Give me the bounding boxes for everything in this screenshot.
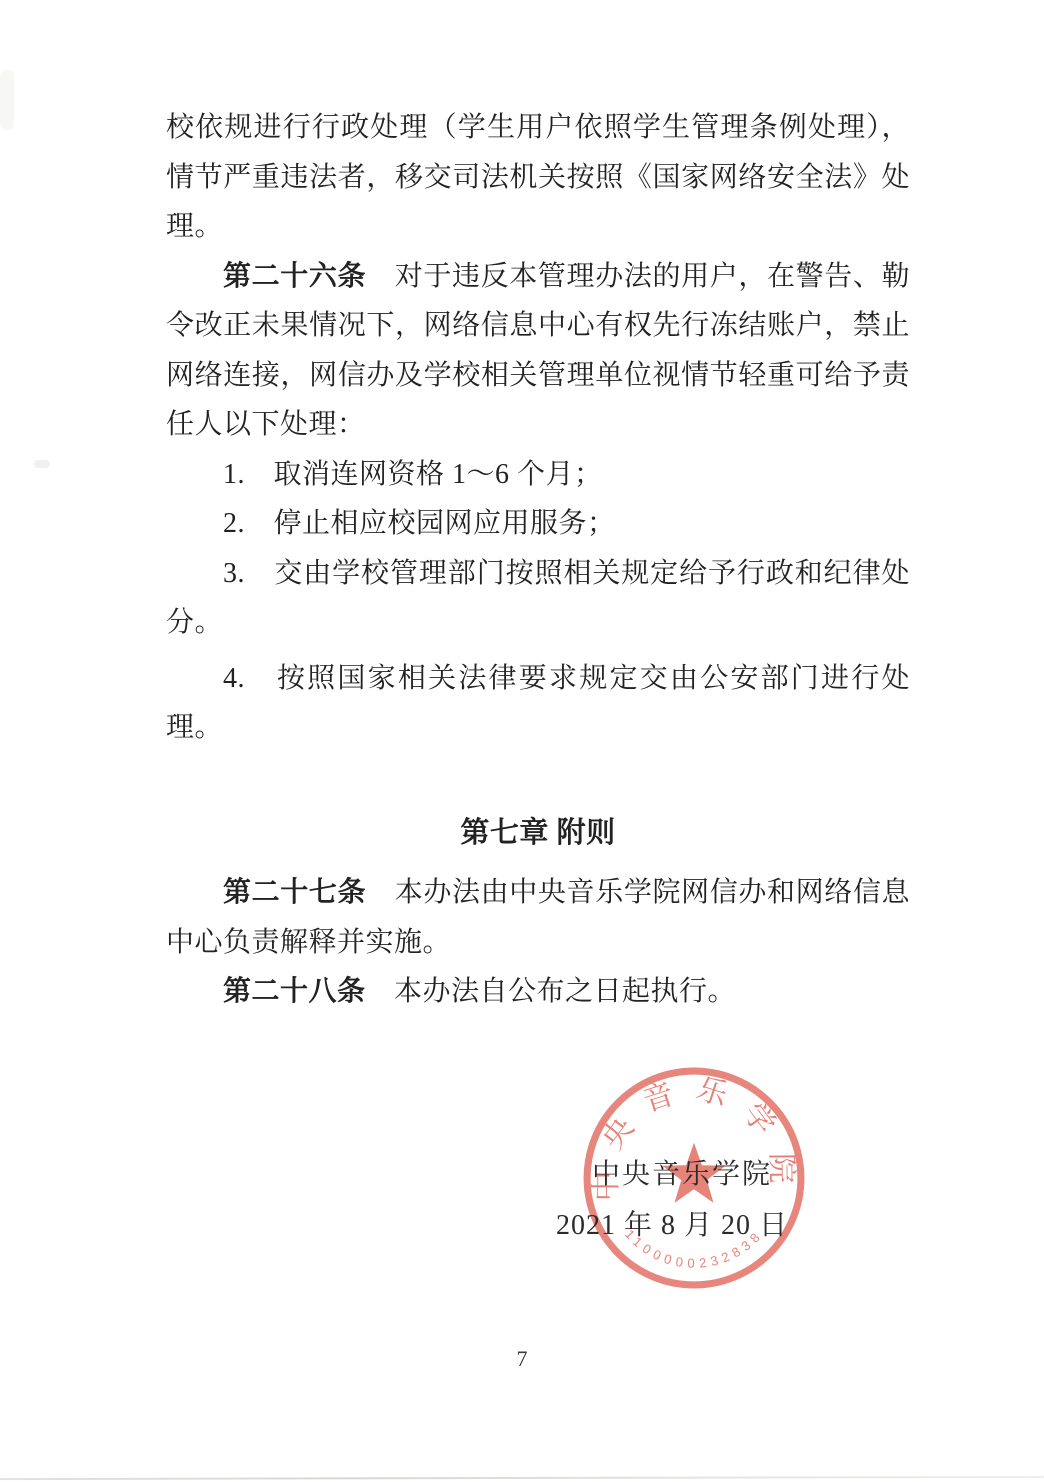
text-line: 中心负责解释并实施。: [166, 918, 910, 968]
text-line: 第二十八条 本办法自公布之日起执行。: [166, 967, 910, 1017]
document-body: 校依规进行行政处理（学生用户依照学生管理条例处理），情节严重违法者，移交司法机关…: [166, 103, 910, 1017]
chapter-heading: 第七章 附则: [166, 809, 910, 859]
text-line: 4. 按照国家相关法律要求规定交由公安部门进行处: [166, 654, 910, 704]
text-line: 第二十六条 对于违反本管理办法的用户，在警告、勒: [166, 252, 910, 302]
bold-text-segment: 第二十七条: [223, 877, 366, 908]
bold-text-segment: 第二十八条: [223, 976, 366, 1007]
document-page: 校依规进行行政处理（学生用户依照学生管理条例处理），情节严重违法者，移交司法机关…: [0, 0, 1044, 1482]
text-line: 1. 取消连网资格 1～6 个月；: [166, 450, 910, 500]
scan-smudge-artifact: [34, 460, 50, 468]
text-line: 情节严重违法者，移交司法机关按照《国家网络安全法》处: [166, 153, 910, 203]
text-segment: 网络连接，网信办及学校相关管理单位视情节轻重可给予责: [166, 360, 910, 391]
text-segment: 理。: [166, 712, 223, 743]
text-line: 2. 停止相应校园网应用服务；: [166, 499, 910, 549]
text-line: 理。: [166, 703, 910, 753]
text-line: 分。: [166, 598, 910, 648]
text-segment: 令改正未果情况下，网络信息中心有权先行冻结账户，禁止: [166, 310, 910, 341]
text-segment: 任人以下处理：: [166, 409, 366, 440]
text-segment: 本办法由中央音乐学院网信办和网络信息: [366, 877, 910, 908]
signature-date: 2021 年 8 月 20 日: [556, 1203, 788, 1243]
line-spacer: [166, 858, 910, 868]
scan-edge-artifact: [0, 1476, 1044, 1480]
text-segment: 情节严重违法者，移交司法机关按照《国家网络安全法》处: [166, 162, 910, 193]
text-line: 令改正未果情况下，网络信息中心有权先行冻结账户，禁止: [166, 301, 910, 351]
text-segment: 1. 取消连网资格 1～6 个月；: [223, 459, 603, 490]
text-line: 3. 交由学校管理部门按照相关规定给予行政和纪律处: [166, 549, 910, 599]
text-line: 网络连接，网信办及学校相关管理单位视情节轻重可给予责: [166, 351, 910, 401]
text-segment: 3. 交由学校管理部门按照相关规定给予行政和纪律处: [223, 558, 910, 589]
page-number: 7: [0, 1346, 1044, 1372]
text-segment: 校依规进行行政处理（学生用户依照学生管理条例处理），: [166, 112, 910, 143]
text-line: 任人以下处理：: [166, 400, 910, 450]
line-spacer: [166, 753, 910, 809]
text-segment: 2. 停止相应校园网应用服务；: [223, 508, 616, 539]
bold-text-segment: 第七章 附则: [460, 817, 615, 849]
signature-org: 中央音乐学院: [592, 1152, 772, 1192]
text-line: 理。: [166, 202, 910, 252]
text-segment: 分。: [166, 607, 223, 638]
text-segment: 对于违反本管理办法的用户，在警告、勒: [366, 261, 910, 292]
scan-smudge-artifact: [0, 70, 14, 130]
text-segment: 本办法自公布之日起执行。: [366, 976, 737, 1007]
text-line: 第二十七条 本办法由中央音乐学院网信办和网络信息: [166, 868, 910, 918]
text-segment: 中心负责解释并实施。: [166, 927, 451, 958]
text-segment: 4. 按照国家相关法律要求规定交由公安部门进行处: [223, 663, 910, 694]
bold-text-segment: 第二十六条: [223, 261, 366, 292]
text-line: 校依规进行行政处理（学生用户依照学生管理条例处理），: [166, 103, 910, 153]
text-segment: 理。: [166, 211, 223, 242]
